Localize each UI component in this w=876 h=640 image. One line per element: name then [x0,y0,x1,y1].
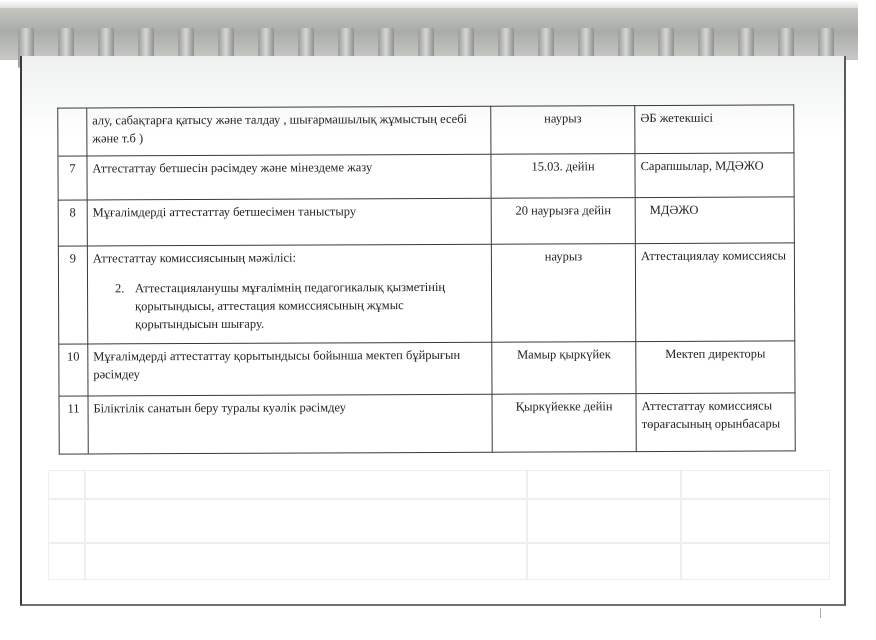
table-row: 7 Аттестаттау бетшесін рәсімдеу және мін… [58,153,794,200]
attestation-plan-table: алу, сабақтарға қатысу және талдау , шығ… [57,104,796,454]
deadline-text: Қыркүйекке дейін [492,394,636,453]
spiral-binding [0,8,858,60]
deadline-text: Мамыр қыркүйек [492,342,636,395]
row-number: 7 [58,156,87,200]
task-text: Аттестаттау бетшесін рәсімдеу және мінез… [87,154,491,200]
task-cell: Аттестаттау комиссиясының мәжілісі: 2. А… [87,244,492,344]
responsible-text: Мектеп директоры [636,341,795,394]
task-text: алу, сабақтарға қатысу және талдау , шығ… [87,106,491,156]
row-number: 11 [59,396,88,454]
row-number: 9 [58,246,87,344]
task-subitem: 2. Аттестацияланушы мұғалімнің педагогик… [115,278,486,334]
table-row: 11 Біліктілік санатын беру туралы куәлік… [59,393,795,454]
subitem-index: 2. [115,279,135,333]
deadline-text: 15.03. дейін [491,154,635,199]
table-row: алу, сабақтарға қатысу және талдау , шығ… [58,105,794,156]
responsible-text: ӘБ жетекшісі [635,105,794,154]
responsible-text: МДӘЖО [635,197,794,244]
row-number: 8 [58,200,87,246]
table-row: 9 Аттестаттау комиссиясының мәжілісі: 2.… [58,243,794,344]
deadline-text: наурыз [491,106,635,155]
deadline-text: 20 наурызға дейін [491,198,635,245]
subitem-text: Аттестацияланушы мұғалімнің педагогикалы… [135,278,486,334]
task-text: Мұғалімдерді аттестаттау қорытындысы бой… [88,342,492,396]
deadline-text: наурыз [491,244,635,343]
table-row: 8 Мұғалімдерді аттестаттау бетшесімен та… [58,197,794,246]
scan-artifact [820,608,821,618]
responsible-text: Сарапшылар, МДӘЖО [635,153,794,198]
row-number: 10 [59,344,88,396]
task-text: Мұғалімдерді аттестаттау бетшесімен таны… [87,198,491,246]
task-text: Біліктілік санатын беру туралы куәлік рә… [88,394,492,454]
responsible-text: Аттестациялау комиссиясы [635,243,794,342]
table-row: 10 Мұғалімдерді аттестаттау қорытындысы … [59,341,795,396]
row-number [58,108,87,156]
task-text: Аттестаттау комиссиясының мәжілісі: [93,248,486,268]
responsible-text: Аттестаттау комиссиясы төрағасының орынб… [636,393,795,452]
